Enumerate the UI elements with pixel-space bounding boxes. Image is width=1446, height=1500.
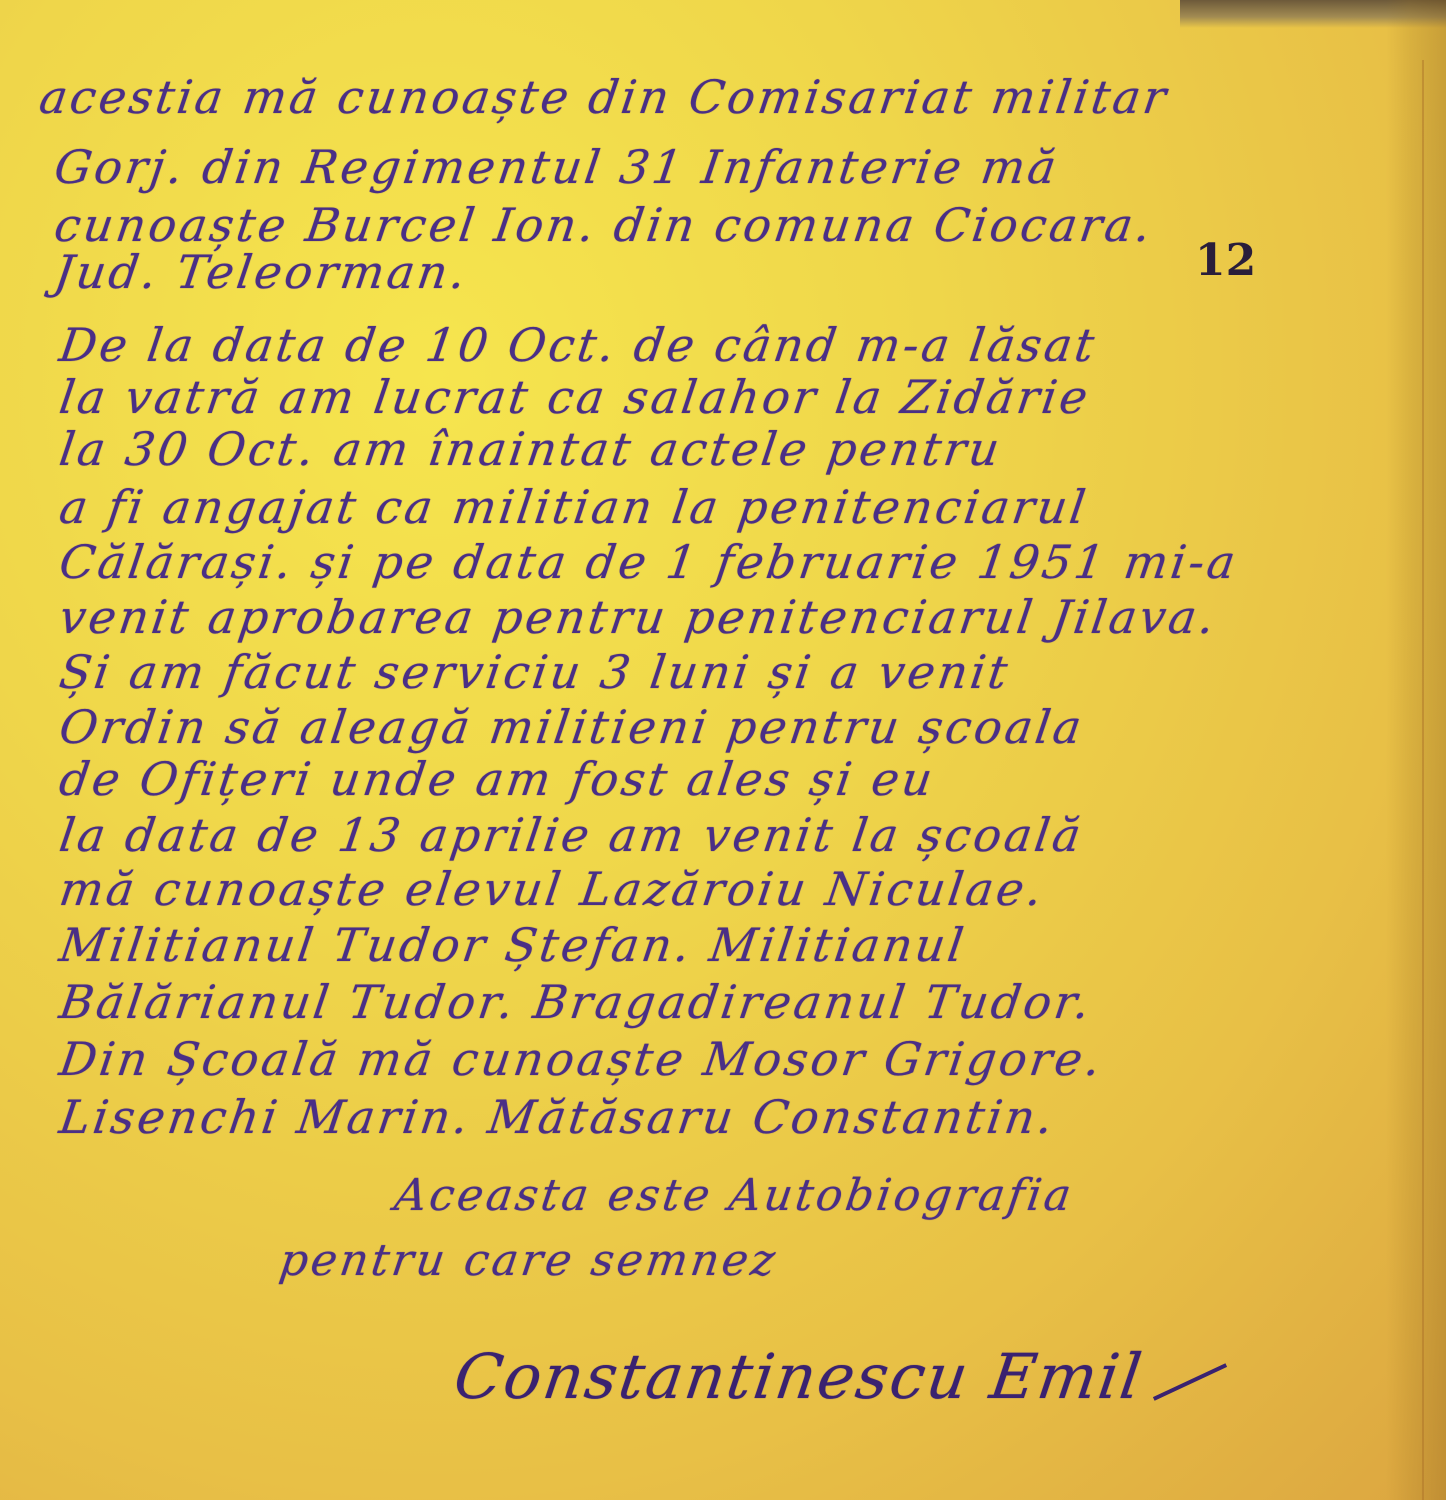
body-line: Ordin să aleagă militieni pentru școala bbox=[56, 700, 1087, 754]
body-line: cunoaște Burcel Ion. din comuna Ciocara. bbox=[51, 198, 1157, 252]
body-line: Bălărianul Tudor. Bragadireanul Tudor. bbox=[56, 975, 1096, 1029]
body-line: Lisenchi Marin. Mătăsaru Constantin. bbox=[56, 1090, 1059, 1144]
body-line: la vatră am lucrat ca salahor la Zidărie bbox=[56, 370, 1094, 424]
document-page: 12 acestia mă cunoaște din Comisariat mi… bbox=[0, 0, 1446, 1500]
body-line: mă cunoaște elevul Lazăroiu Niculae. bbox=[56, 862, 1048, 916]
body-line: Gorj. din Regimentul 31 Infanterie mă bbox=[51, 140, 1062, 194]
body-line: acestia mă cunoaște din Comisariat milit… bbox=[36, 70, 1172, 124]
page-number: 12 bbox=[1195, 235, 1256, 286]
body-line: de Ofițeri unde am fost ales și eu bbox=[56, 752, 938, 806]
closing-line: Aceasta este Autobiografia bbox=[391, 1170, 1077, 1221]
body-line: a fi angajat ca militian la penitenciaru… bbox=[56, 480, 1091, 534]
body-line: De la data de 10 Oct. de când m-a lăsat bbox=[56, 318, 1100, 372]
signature: Constantinescu Emil bbox=[450, 1340, 1148, 1413]
body-line: Militianul Tudor Ștefan. Militianul bbox=[56, 918, 969, 972]
page-binding-edge bbox=[1422, 60, 1424, 1500]
signature-flourish bbox=[1153, 1363, 1227, 1400]
body-line: Călărași. și pe data de 1 februarie 1951… bbox=[56, 535, 1241, 589]
closing-line: pentru care semnez bbox=[276, 1235, 781, 1286]
body-line: Și am făcut serviciu 3 luni și a venit bbox=[56, 645, 1013, 699]
body-line: venit aprobarea pentru penitenciarul Jil… bbox=[56, 590, 1220, 644]
page-binding-shadow bbox=[1386, 0, 1446, 1500]
body-line: la 30 Oct. am înaintat actele pentru bbox=[56, 422, 1005, 476]
body-line: Jud. Teleorman. bbox=[51, 245, 472, 299]
body-line: la data de 13 aprilie am venit la școală bbox=[56, 808, 1087, 862]
body-line: Din Școală mă cunoaște Mosor Grigore. bbox=[56, 1032, 1106, 1086]
